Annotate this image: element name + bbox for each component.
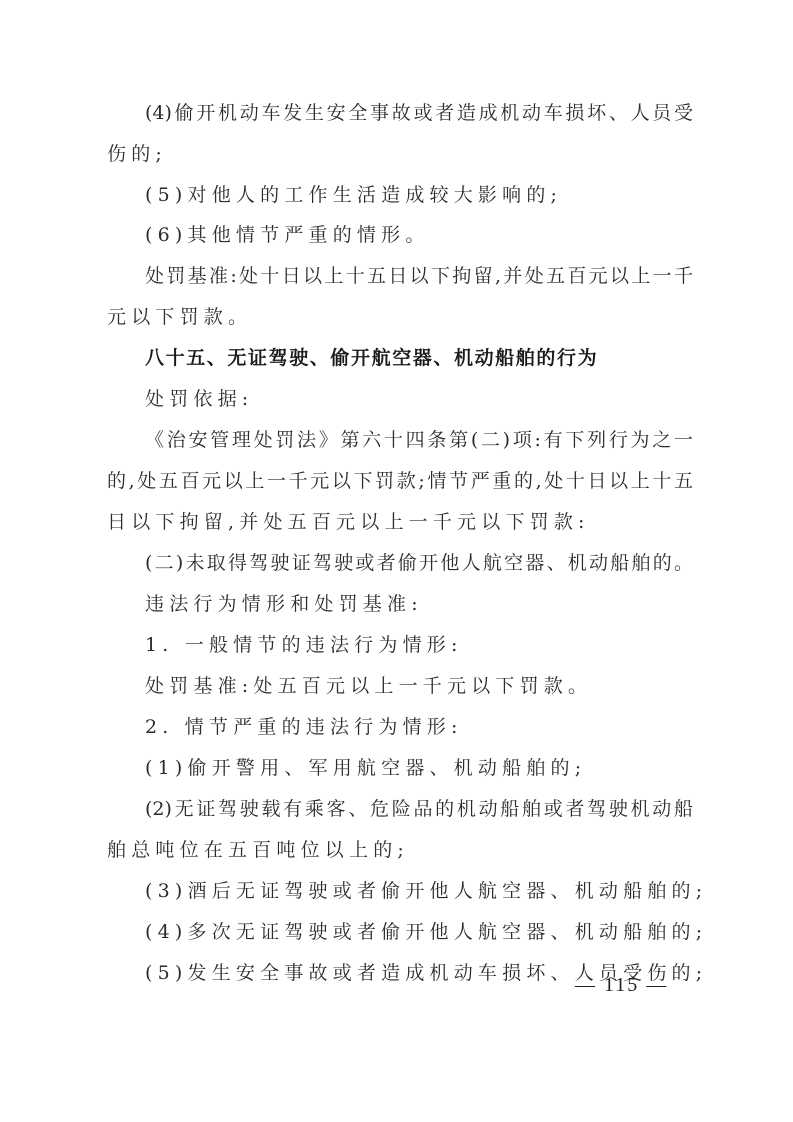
- text-line: 违法行为情形和处罚基准:: [145, 592, 693, 616]
- text-line: (2)无证驾驶载有乘客、危险品的机动船舶或者驾驶机动船: [145, 797, 693, 821]
- text-line: 处罚基准:处五百元以上一千元以下罚款。: [145, 674, 693, 698]
- text-line: 日以下拘留,并处五百元以上一千元以下罚款:: [107, 510, 693, 534]
- text-line: (5)对他人的工作生活造成较大影响的;: [145, 183, 693, 207]
- text-line: 处罚依据:: [145, 387, 693, 411]
- text-line: (1)偷开警用、军用航空器、机动船舶的;: [145, 756, 693, 780]
- page-number: — 115 —: [575, 974, 668, 997]
- text-line: 伤的;: [107, 142, 693, 166]
- text-line: (4)多次无证驾驶或者偷开他人航空器、机动船舶的;: [145, 920, 693, 944]
- text-line: 元以下罚款。: [107, 305, 693, 329]
- document-page: (4)偷开机动车发生安全事故或者造成机动车损坏、人员受伤的;(5)对他人的工作生…: [0, 0, 793, 1122]
- text-line: 处罚基准:处十日以上十五日以下拘留,并处五百元以上一千: [145, 264, 693, 288]
- text-line: 2. 情节严重的违法行为情形:: [145, 715, 693, 739]
- text-line: 的,处五百元以上一千元以下罚款;情节严重的,处十日以上十五: [107, 469, 693, 493]
- text-line: 舶总吨位在五百吨位以上的;: [107, 838, 693, 862]
- text-line: 1. 一般情节的违法行为情形:: [145, 633, 693, 657]
- text-line: (3)酒后无证驾驶或者偷开他人航空器、机动船舶的;: [145, 879, 693, 903]
- text-line: (4)偷开机动车发生安全事故或者造成机动车损坏、人员受: [145, 101, 693, 125]
- section-heading: 八十五、无证驾驶、偷开航空器、机动船舶的行为: [145, 346, 693, 370]
- text-line: (二)未取得驾驶证驾驶或者偷开他人航空器、机动船舶的。: [145, 551, 693, 575]
- text-line: 《治安管理处罚法》第六十四条第(二)项:有下列行为之一: [145, 428, 693, 452]
- text-line: (6)其他情节严重的情形。: [145, 223, 693, 247]
